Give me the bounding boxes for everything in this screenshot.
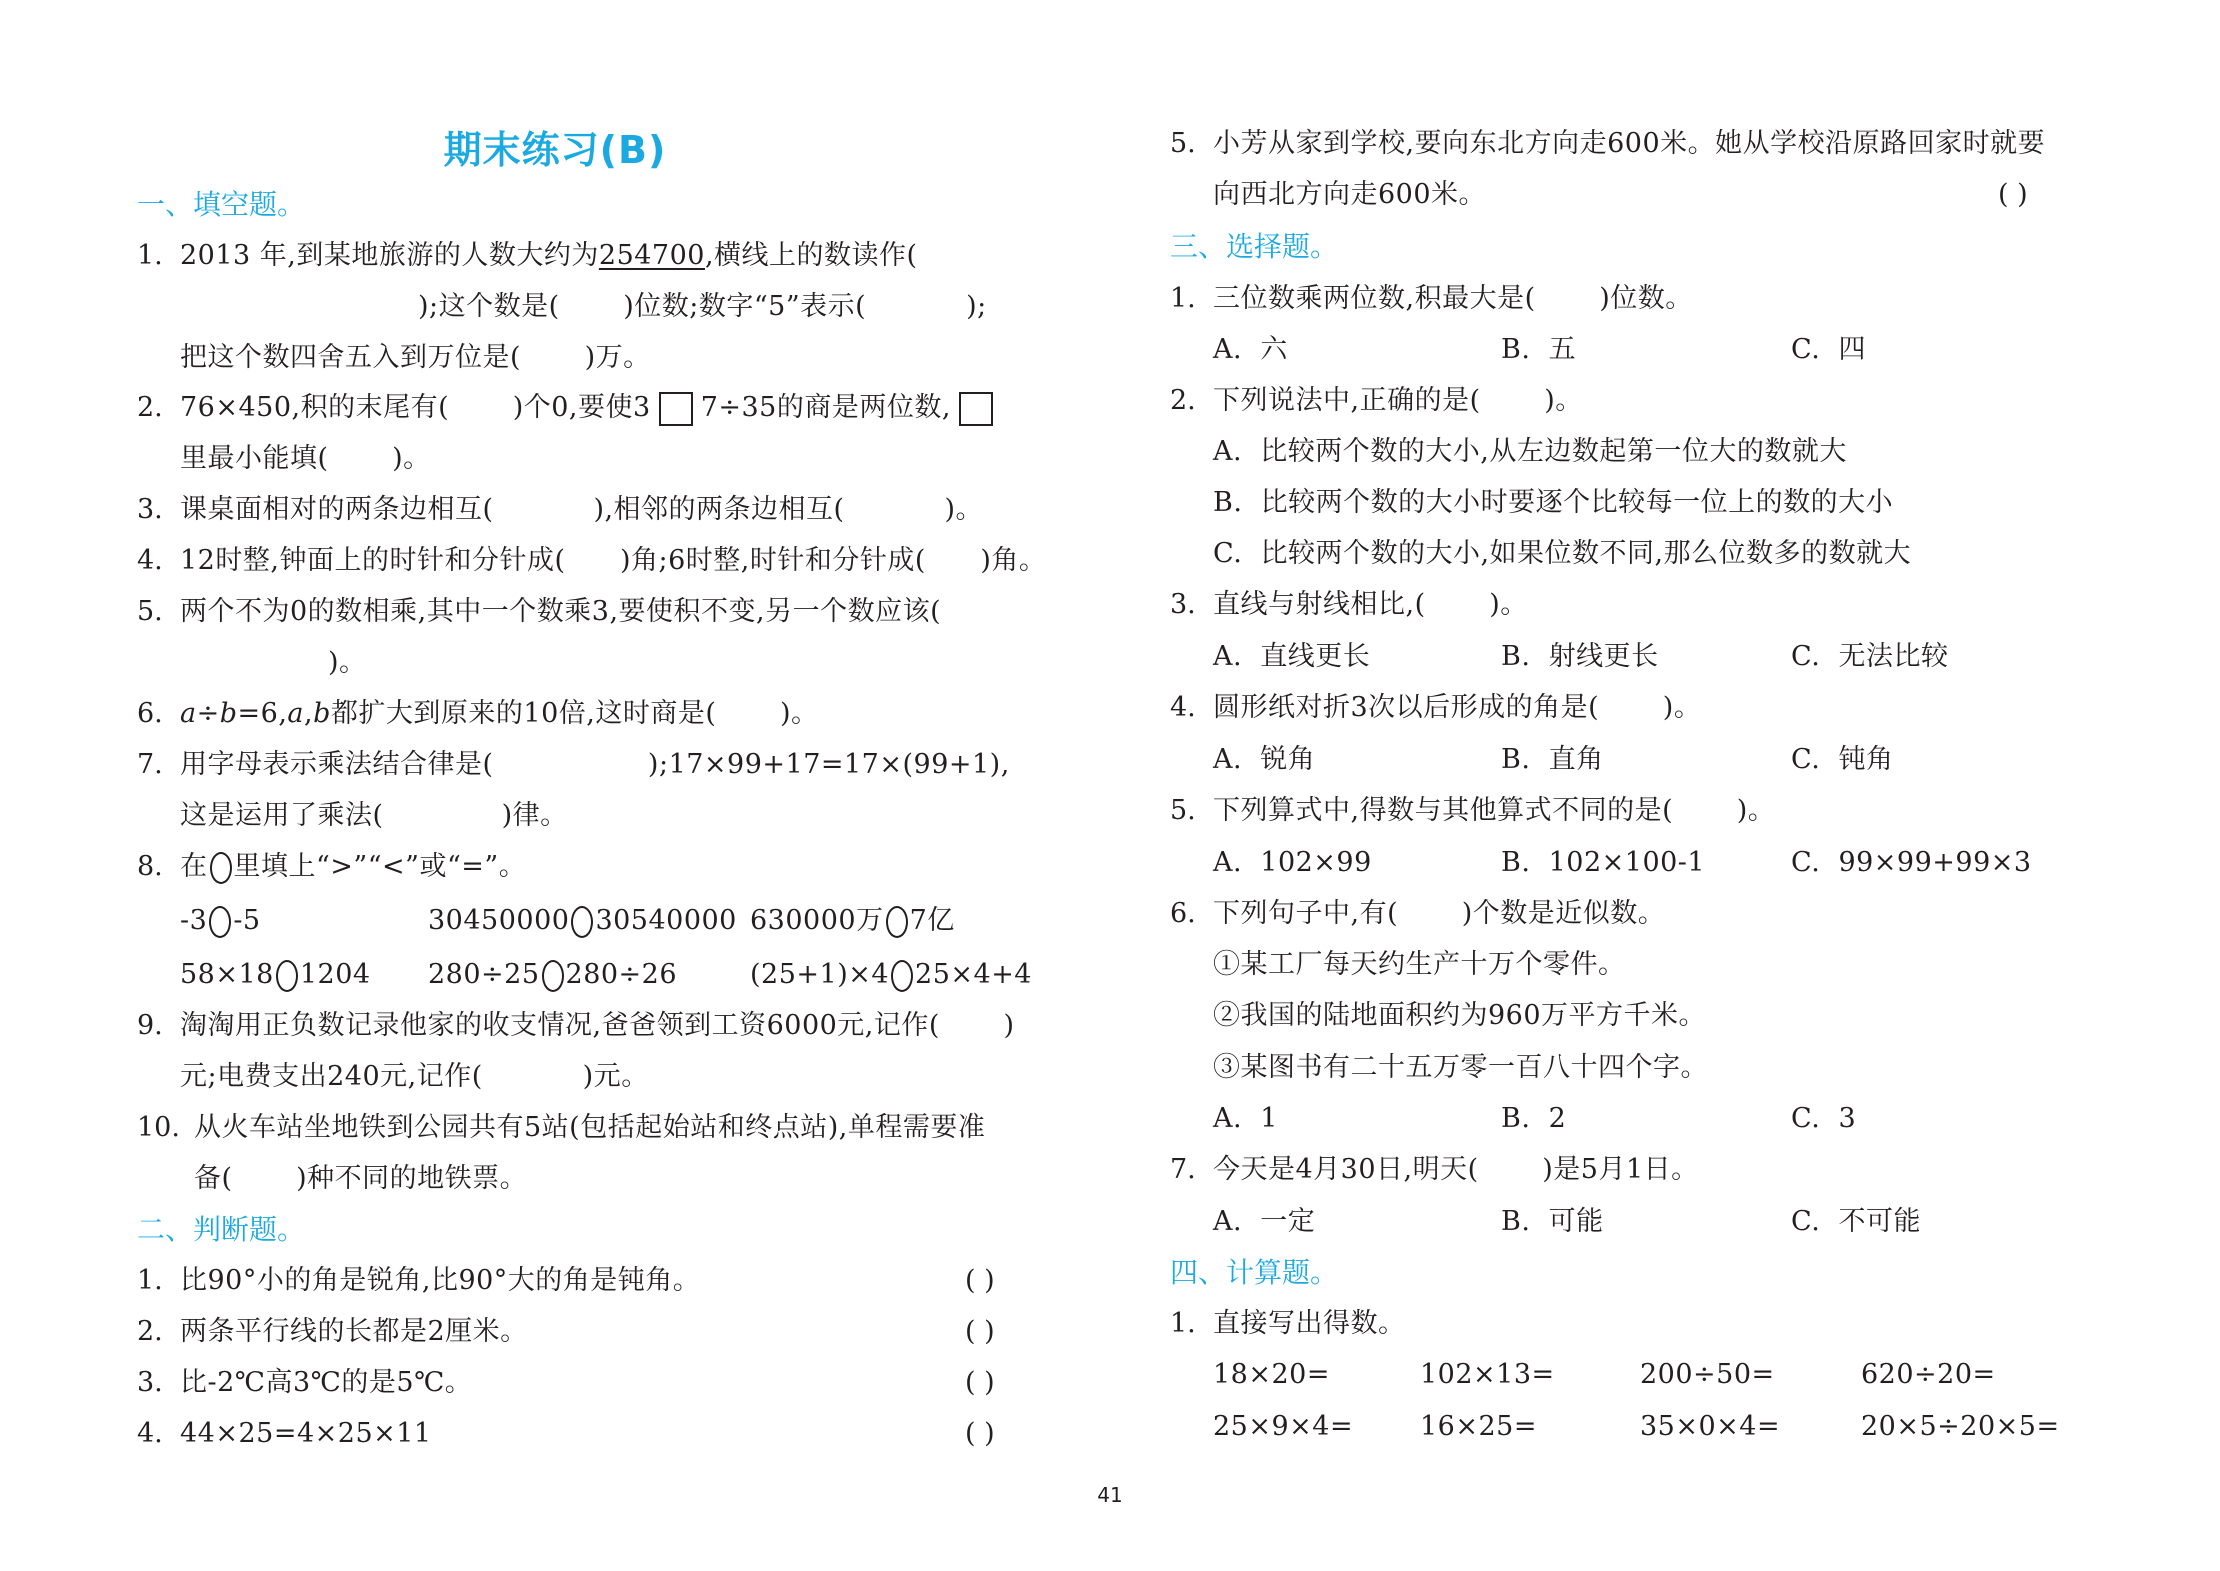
option-text: 102×99 (1260, 847, 1372, 878)
option-label: A. (1213, 436, 1242, 467)
question-text: )。 (328, 645, 367, 681)
option-label: C. (1791, 641, 1820, 672)
question-text-part: ÷ (197, 698, 220, 729)
question-number: 2. (1170, 383, 1196, 419)
option-text: 无法比较 (1838, 641, 1948, 672)
question-number: 5. (137, 594, 163, 630)
question-text: 备( )种不同的地铁票。 (194, 1161, 527, 1197)
question-number: 10. (137, 1110, 180, 1146)
question-number: 1. (1170, 1306, 1196, 1342)
blank-box-icon[interactable] (659, 392, 693, 426)
question-number: 4. (137, 543, 163, 579)
question-text-part: 7÷35的商是两位数, (701, 392, 951, 423)
option-text: 钝角 (1838, 744, 1893, 775)
question-text: 下列说法中,正确的是( )。 (1213, 383, 1583, 419)
question-text: 用字母表示乘法结合律是( );17×99+17=17×(99+1), (180, 747, 1010, 783)
variable-b: b (313, 698, 331, 729)
statement-text: 小芳从家到学校,要向东北方向走600米。她从学校沿原路回家时就要 (1213, 126, 2045, 162)
option-text: 102×100-1 (1549, 847, 1706, 878)
question-text: 今天是4月30日,明天( )是5月1日。 (1213, 1152, 1699, 1188)
option-b[interactable]: B. 可能 (1501, 1204, 1604, 1240)
answer-paren[interactable]: ( ) (1998, 177, 2028, 213)
option-c[interactable]: C. 不可能 (1791, 1204, 1921, 1240)
calc-item: 35×0×4= (1640, 1409, 1780, 1445)
question-text-part: =6, (238, 698, 288, 729)
option-c[interactable]: C. 3 (1791, 1101, 1856, 1137)
question-text: 圆形纸对折3次以后形成的角是( )。 (1213, 690, 1701, 726)
calc-item: 200÷50= (1640, 1357, 1775, 1393)
calc-item: 102×13= (1420, 1357, 1555, 1393)
question-number: 5. (1170, 126, 1196, 162)
compare-item: 280÷25280÷26 (428, 957, 677, 993)
option-text: 比较两个数的大小时要逐个比较每一位上的数的大小 (1261, 487, 1894, 518)
question-text-part: , (304, 698, 313, 729)
option-b[interactable]: B. 2 (1501, 1101, 1566, 1137)
section-heading-calculation: 四、计算题。 (1170, 1255, 1338, 1291)
option-label: C. (1791, 744, 1820, 775)
question-text-part: 都扩大到原来的10倍,这时商是( )。 (331, 698, 819, 729)
statement-text: 比90°小的角是锐角,比90°大的角是钝角。 (180, 1263, 700, 1299)
page-number: 41 (0, 1483, 2220, 1507)
question-text: 里最小能填( )。 (180, 441, 431, 477)
option-label: C. (1791, 1206, 1820, 1237)
circle-blank-icon[interactable] (891, 960, 913, 992)
option-label: C. (1791, 847, 1820, 878)
compare-right: 25×4+4 (915, 959, 1032, 990)
option-text: 2 (1549, 1103, 1567, 1134)
option-b[interactable]: B. 射线更长 (1501, 639, 1659, 675)
option-label: A. (1213, 744, 1242, 775)
circle-blank-icon[interactable] (209, 906, 231, 938)
question-text: );这个数是( )位数;数字“5”表示( ); (418, 289, 987, 325)
variable-b: b (220, 698, 238, 729)
option-label: B. (1501, 334, 1530, 365)
option-c[interactable]: C. 钝角 (1791, 742, 1893, 778)
option-text: 不可能 (1838, 1206, 1921, 1237)
option-a[interactable]: A. 直线更长 (1213, 639, 1370, 675)
option-label: C. (1213, 538, 1242, 569)
option-label: A. (1213, 847, 1242, 878)
option-text: 直角 (1549, 744, 1604, 775)
option-text: 锐角 (1260, 744, 1315, 775)
option-label: C. (1791, 1103, 1820, 1134)
question-text: 12时整,钟面上的时针和分针成( )角;6时整,时针和分针成( )角。 (180, 543, 1046, 579)
question-number: 1. (1170, 281, 1196, 317)
calc-item: 18×20= (1213, 1357, 1330, 1393)
option-b[interactable]: B. 直角 (1501, 742, 1604, 778)
question-text-part: ,横线上的数读作( (705, 240, 918, 271)
question-text: 下列算式中,得数与其他算式不同的是( )。 (1213, 793, 1775, 829)
option-label: B. (1501, 1206, 1530, 1237)
option-text: 一定 (1260, 1206, 1315, 1237)
question-text: 76×450,积的末尾有( )个0,要使37÷35的商是两位数, (180, 390, 1001, 426)
question-number: 4. (1170, 690, 1196, 726)
compare-item: (25+1)×425×4+4 (750, 957, 1032, 993)
compare-item: 58×181204 (180, 957, 371, 993)
question-number: 1. (137, 238, 163, 274)
option-a[interactable]: A. 比较两个数的大小,从左边数起第一位大的数就大 (1213, 434, 1847, 470)
option-text: 99×99+99×3 (1838, 847, 2031, 878)
answer-paren[interactable]: ( ) (965, 1263, 995, 1299)
option-c[interactable]: C. 无法比较 (1791, 639, 1948, 675)
underlined-number: 254700 (599, 240, 705, 271)
question-text: a÷b=6,a,b都扩大到原来的10倍,这时商是( )。 (180, 696, 819, 732)
option-label: B. (1501, 744, 1530, 775)
question-text: 把这个数四舍五入到万位是( )万。 (180, 340, 651, 376)
question-number: 8. (137, 849, 163, 885)
statement: ①某工厂每天约生产十万个零件。 (1213, 947, 1626, 983)
question-text: 下列句子中,有( )个数是近似数。 (1213, 896, 1665, 932)
compare-right: 280÷26 (566, 959, 678, 990)
circle-blank-icon[interactable] (571, 906, 593, 938)
question-text-part: 76×450,积的末尾有( )个0,要使3 (180, 392, 651, 423)
variable-a: a (180, 698, 197, 729)
section-heading-fill-in: 一、填空题。 (137, 187, 305, 223)
circle-blank-icon[interactable] (542, 960, 564, 992)
compare-left: 58×18 (180, 959, 274, 990)
option-text: 五 (1549, 334, 1577, 365)
option-text: 六 (1260, 334, 1288, 365)
blank-box-icon (959, 392, 993, 426)
compare-right: 30540000 (595, 905, 736, 936)
question-number: 2. (137, 1314, 163, 1350)
option-a[interactable]: A. 锐角 (1213, 742, 1315, 778)
option-label: A. (1213, 1103, 1242, 1134)
question-text: 课桌面相对的两条边相互( ),相邻的两条边相互( )。 (180, 492, 983, 528)
option-label: C. (1791, 334, 1820, 365)
question-text-part: 里填上“>”“<”或“=”。 (234, 851, 527, 882)
compare-left: 280÷25 (428, 959, 540, 990)
compare-left: 630000万 (750, 905, 884, 936)
compare-item: 630000万7亿 (750, 903, 955, 939)
question-number: 6. (137, 696, 163, 732)
option-text: 比较两个数的大小,如果位数不同,那么位数多的数就大 (1260, 538, 1911, 569)
question-number: 3. (137, 1365, 163, 1401)
option-label: B. (1501, 1103, 1530, 1134)
option-label: B. (1501, 847, 1530, 878)
question-text: 这是运用了乘法( )律。 (180, 798, 568, 834)
question-text: 元;电费支出240元,记作( )元。 (180, 1059, 649, 1095)
question-number: 5. (1170, 793, 1196, 829)
question-text: 直接写出得数。 (1213, 1306, 1406, 1342)
option-c[interactable]: C. 99×99+99×3 (1791, 845, 2032, 881)
question-number: 7. (137, 747, 163, 783)
option-text: 3 (1838, 1103, 1856, 1134)
variable-a: a (287, 698, 304, 729)
option-label: A. (1213, 641, 1242, 672)
compare-right: 1204 (300, 959, 371, 990)
compare-left: (25+1)×4 (750, 959, 889, 990)
question-number: 9. (137, 1008, 163, 1044)
page-title: 期末练习(B) (0, 128, 1110, 172)
option-text: 四 (1838, 334, 1866, 365)
question-text: 三位数乘两位数,积最大是( )位数。 (1213, 281, 1693, 317)
compare-item: -3-5 (180, 903, 261, 939)
option-b[interactable]: B. 五 (1501, 332, 1576, 368)
statement-text: 两条平行线的长都是2厘米。 (180, 1314, 528, 1350)
option-c[interactable]: C. 四 (1791, 332, 1866, 368)
option-label: B. (1501, 641, 1530, 672)
question-number: 6. (1170, 896, 1196, 932)
option-a[interactable]: A. 1 (1213, 1101, 1278, 1137)
statement: ③某图书有二十五万零一百八十四个字。 (1213, 1050, 1708, 1086)
question-text: 两个不为0的数相乘,其中一个数乘3,要使积不变,另一个数应该( (180, 594, 941, 630)
question-number: 7. (1170, 1152, 1196, 1188)
compare-item: 3045000030540000 (428, 903, 737, 939)
question-text: 淘淘用正负数记录他家的收支情况,爸爸领到工资6000元,记作( ) (180, 1008, 1015, 1044)
section-heading-multiple-choice: 三、选择题。 (1170, 229, 1338, 265)
question-text: 直线与射线相比,( )。 (1213, 587, 1528, 623)
question-number: 2. (137, 390, 163, 426)
option-a[interactable]: A. 六 (1213, 332, 1288, 368)
option-label: B. (1213, 487, 1242, 518)
answer-paren[interactable]: ( ) (965, 1416, 995, 1452)
question-number: 3. (1170, 587, 1196, 623)
option-c[interactable]: C. 比较两个数的大小,如果位数不同,那么位数多的数就大 (1213, 536, 1911, 572)
question-text: 在里填上“>”“<”或“=”。 (180, 849, 526, 885)
option-b[interactable]: B. 比较两个数的大小时要逐个比较每一位上的数的大小 (1213, 485, 1893, 521)
calc-item: 620÷20= (1861, 1357, 1996, 1393)
question-text: 2013 年,到某地旅游的人数大约为254700,横线上的数读作( (180, 238, 918, 274)
statement-text: 比-2℃高3℃的是5℃。 (180, 1365, 472, 1401)
question-text-part: 在 (180, 851, 208, 882)
option-text: 射线更长 (1549, 641, 1659, 672)
circle-blank-icon (210, 852, 232, 884)
option-a[interactable]: A. 102×99 (1213, 845, 1372, 881)
calc-item: 16×25= (1420, 1409, 1537, 1445)
option-b[interactable]: B. 102×100-1 (1501, 845, 1705, 881)
question-text: 从火车站坐地铁到公园共有5站(包括起始站和终点站),单程需要准 (194, 1110, 985, 1146)
option-label: A. (1213, 334, 1242, 365)
option-text: 可能 (1549, 1206, 1604, 1237)
question-number: 4. (137, 1416, 163, 1452)
option-label: A. (1213, 1206, 1242, 1237)
statement-text: 44×25=4×25×11 (180, 1416, 432, 1452)
circle-blank-icon[interactable] (276, 960, 298, 992)
question-number: 1. (137, 1263, 163, 1299)
question-number: 3. (137, 492, 163, 528)
section-heading-true-false: 二、判断题。 (137, 1212, 305, 1248)
circle-blank-icon[interactable] (886, 906, 908, 938)
compare-right: 7亿 (910, 905, 955, 936)
option-text: 1 (1260, 1103, 1278, 1134)
answer-paren[interactable]: ( ) (965, 1314, 995, 1350)
compare-left: 30450000 (428, 905, 569, 936)
calc-item: 20×5÷20×5= (1861, 1409, 2060, 1445)
option-text: 直线更长 (1260, 641, 1370, 672)
compare-left: -3 (180, 905, 207, 936)
option-a[interactable]: A. 一定 (1213, 1204, 1315, 1240)
option-text: 比较两个数的大小,从左边数起第一位大的数就大 (1260, 436, 1847, 467)
compare-right: -5 (233, 905, 260, 936)
statement-text: 向西北方向走600米。 (1213, 177, 1486, 213)
answer-paren[interactable]: ( ) (965, 1365, 995, 1401)
statement: ②我国的陆地面积约为960万平方千米。 (1213, 998, 1706, 1034)
question-text-part: 2013 年,到某地旅游的人数大约为 (180, 240, 599, 271)
calc-item: 25×9×4= (1213, 1409, 1353, 1445)
